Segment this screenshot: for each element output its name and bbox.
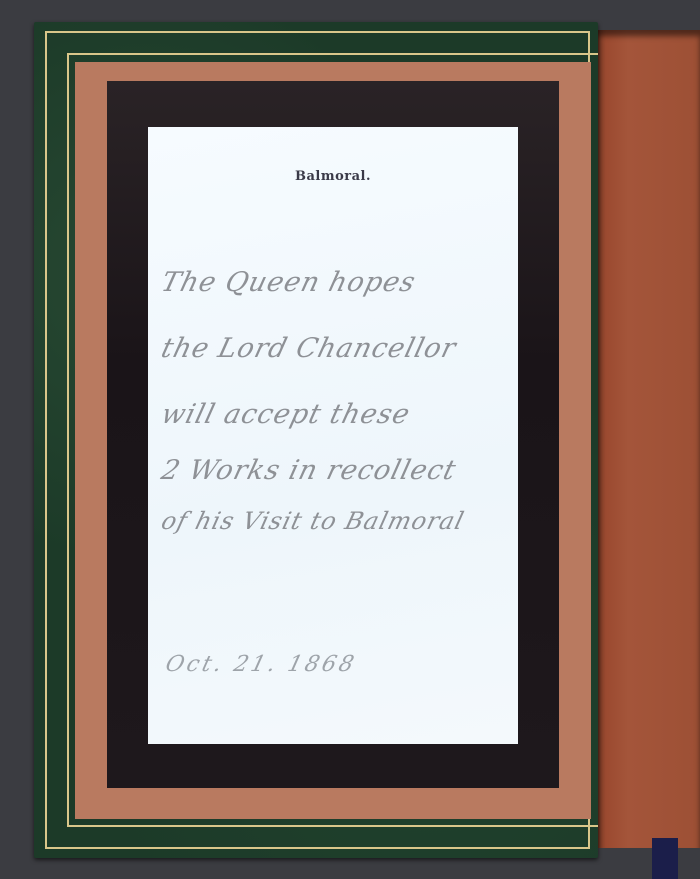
letter-paper: Balmoral. The Queen hopes the Lord Chanc…	[148, 127, 518, 744]
letter-line-4: 2 Works in recollect	[158, 455, 459, 486]
letter-line-3: will accept these	[158, 399, 413, 430]
letter-line-5: of his Visit to Balmoral	[159, 507, 468, 535]
letter-line-1: The Queen hopes	[158, 267, 419, 298]
letter-line-2: the Lord Chancellor	[158, 333, 460, 364]
letterhead: Balmoral.	[148, 169, 518, 184]
bookmark-ribbon	[652, 838, 678, 879]
facing-board	[598, 30, 700, 848]
letter-date: Oct. 21. 1868	[163, 652, 359, 677]
